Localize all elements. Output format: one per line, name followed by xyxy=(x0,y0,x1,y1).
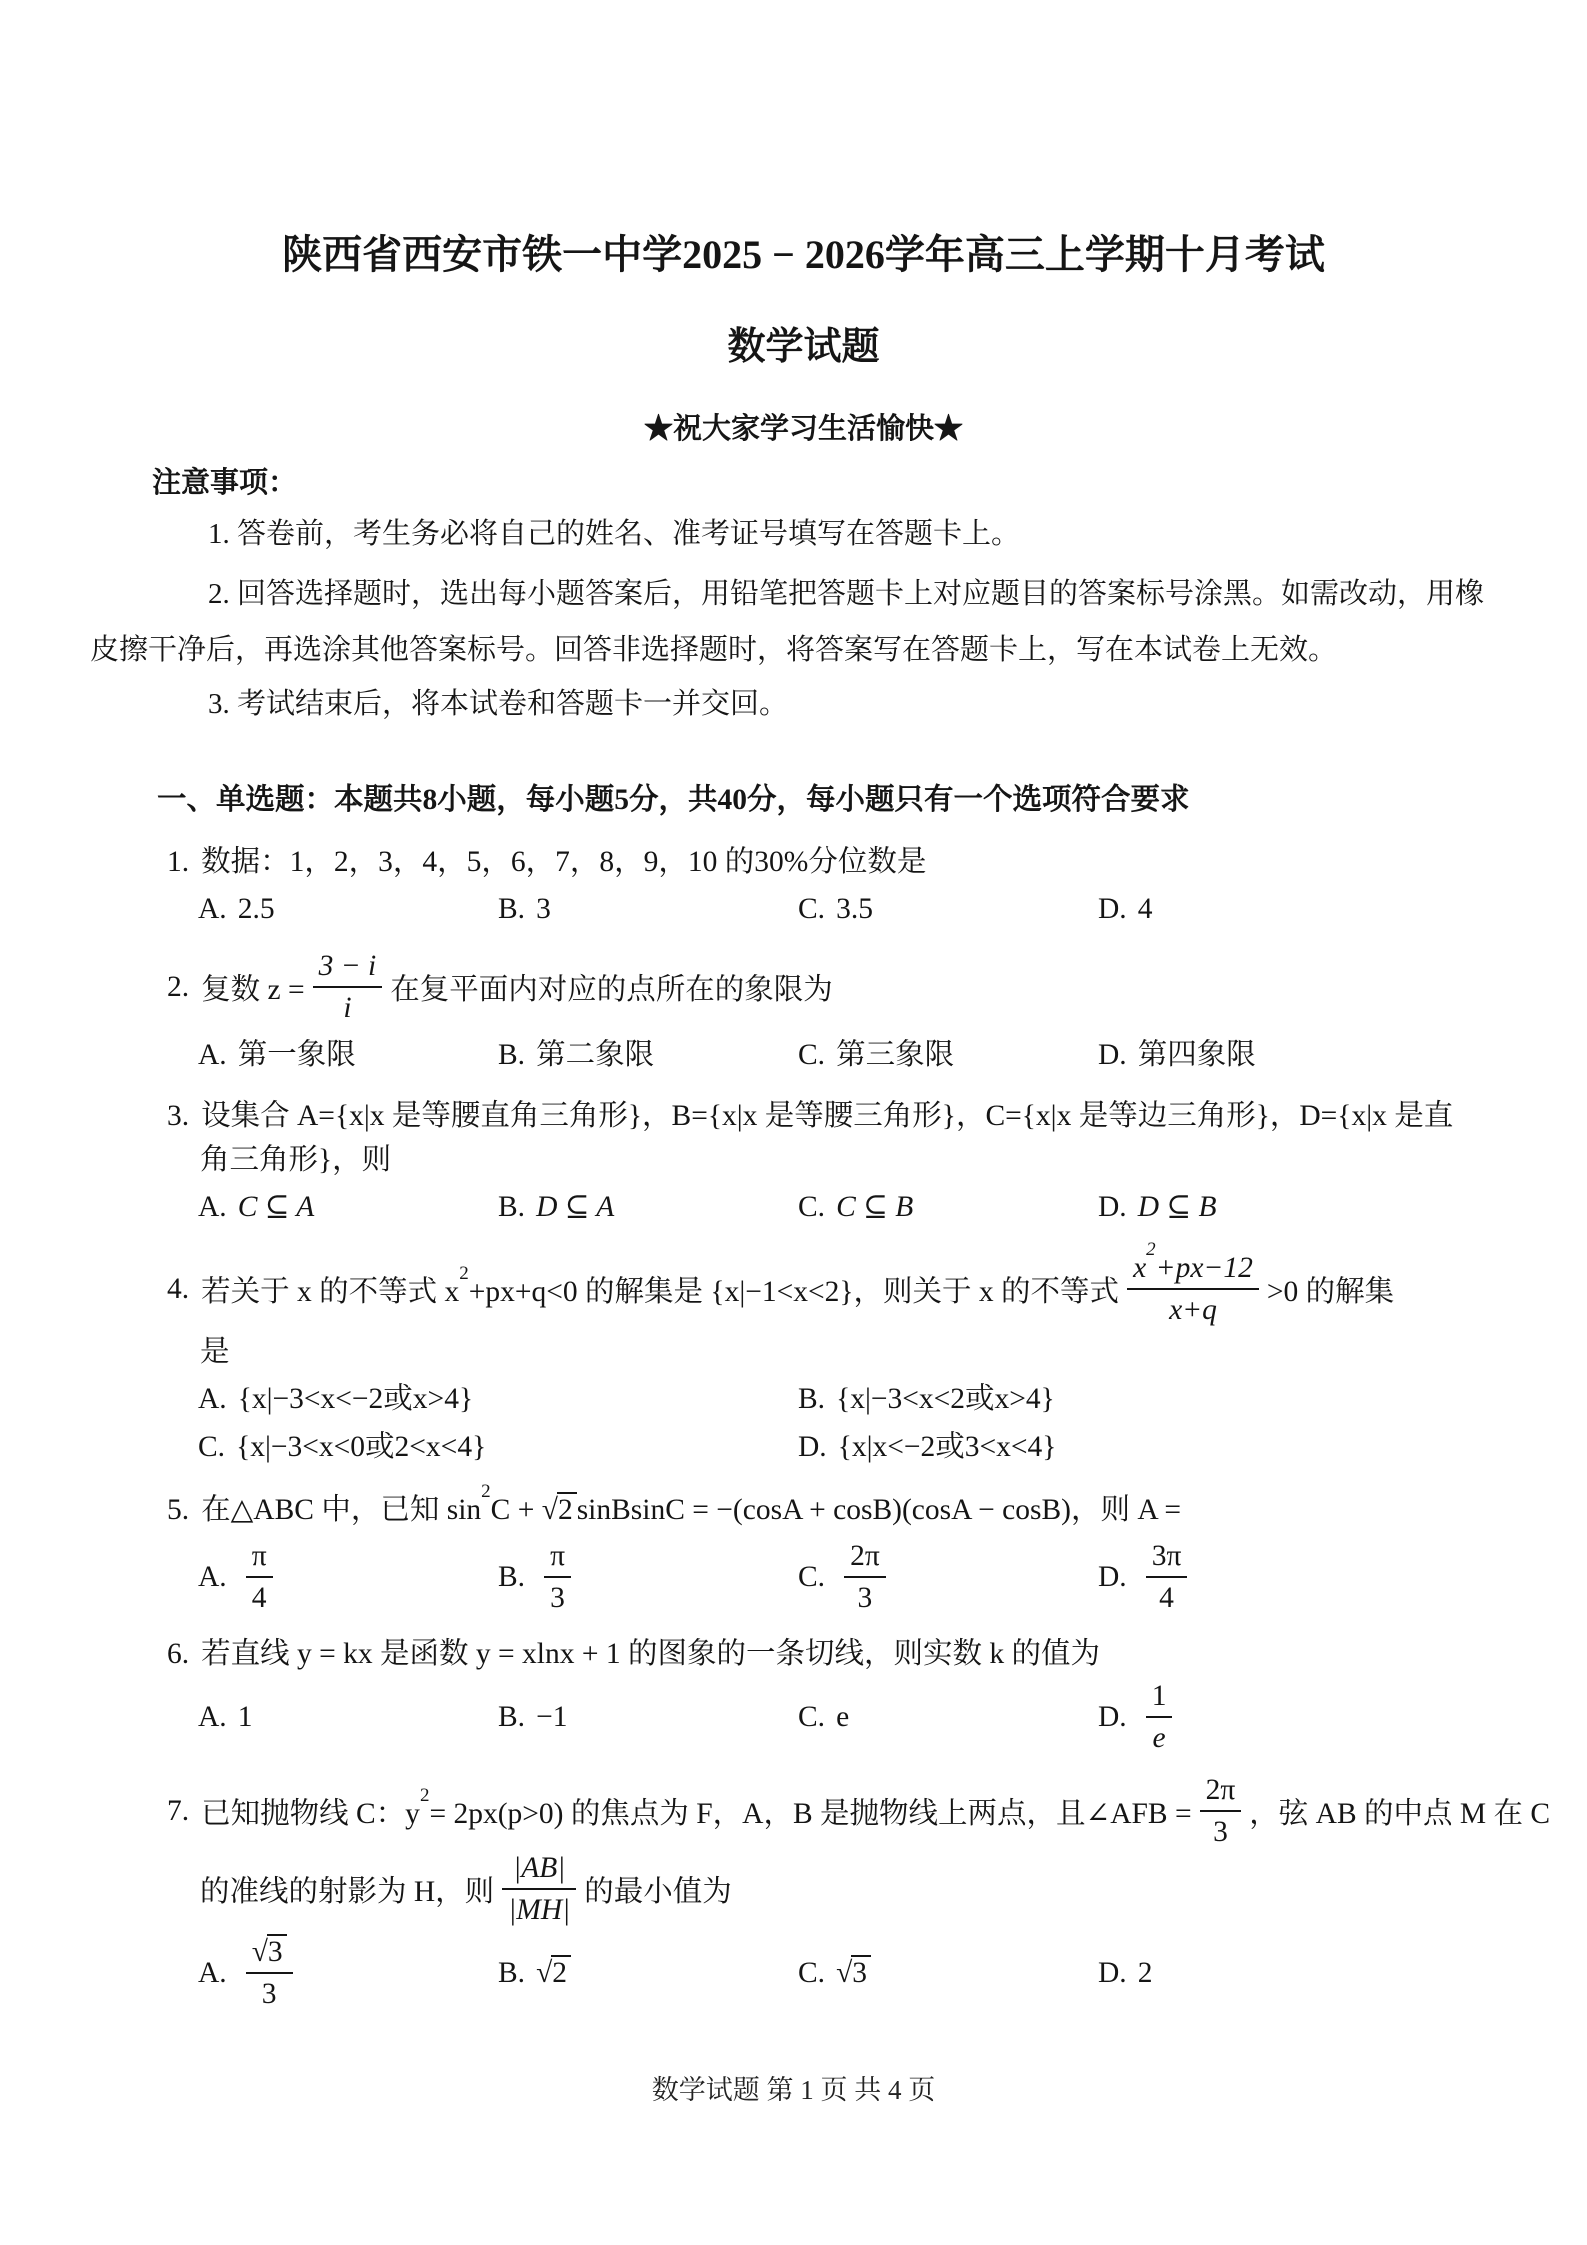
fraction: π4 xyxy=(246,1538,273,1616)
question-5-text: 在△ABC 中，已知 sin2C + √2sinBsinC = −(cosA +… xyxy=(201,1494,1181,1526)
question-4-number: 4. xyxy=(167,1273,201,1306)
option-a-value: 第一象限 xyxy=(238,1032,356,1078)
fraction: x2+px−12x+q xyxy=(1127,1250,1259,1328)
option-b-value: 第二象限 xyxy=(536,1032,654,1078)
motto-line: ★祝大家学习生活愉快★ xyxy=(90,410,1517,448)
option-b-label: B. xyxy=(498,1032,536,1078)
question-3-text-line-1: 设集合 A={x|x 是等腰直角三角形}，B={x|x 是等腰三角形}，C={x… xyxy=(201,1100,1453,1132)
option-a-value: C ⊆ A xyxy=(238,1184,315,1230)
option-a-label: A. xyxy=(198,1694,238,1740)
option-d-label: D. xyxy=(1098,1950,1138,1996)
option-b: B.√2 xyxy=(498,1950,798,1996)
question-7-text-pre: 已知抛物线 C：y2= 2px(p>0) 的焦点为 F，A，B 是抛物线上两点，… xyxy=(201,1790,1192,1832)
option-d-label: D. xyxy=(798,1424,838,1470)
question-2: 2. 复数 z = 3 − ii 在复平面内对应的点所在的象限为 A.第一象限 … xyxy=(90,948,1517,1078)
option-c-value: {x|−3<x<0或2<x<4} xyxy=(236,1424,486,1470)
question-4: 4. 若关于 x 的不等式 x2+px+q<0 的解集是 {x|−1<x<2}，… xyxy=(90,1250,1517,1470)
sqrt-sign: √ xyxy=(536,1957,551,1989)
option-c-label: C. xyxy=(798,1554,836,1600)
option-a: A.1 xyxy=(198,1694,498,1740)
fraction: 3π4 xyxy=(1146,1538,1188,1616)
option-a-label: A. xyxy=(198,1184,238,1230)
question-5-options: A.π4 B.π3 C.2π3 D.3π4 xyxy=(198,1538,1517,1616)
option-a-value: 2.5 xyxy=(238,886,275,932)
option-c-label: C. xyxy=(198,1424,236,1470)
option-b-value: −1 xyxy=(536,1694,567,1740)
question-7: 7. 已知抛物线 C：y2= 2px(p>0) 的焦点为 F，A，B 是抛物线上… xyxy=(90,1772,1517,2012)
question-7-text-post: ，弦 AB 的中点 M 在 C xyxy=(1249,1790,1550,1832)
option-c: C.2π3 xyxy=(798,1538,1098,1616)
option-b-label: B. xyxy=(498,1694,536,1740)
option-b-label: B. xyxy=(798,1376,836,1422)
option-a-label: A. xyxy=(198,1554,238,1600)
option-b: B.−1 xyxy=(498,1694,798,1740)
option-c-value: e xyxy=(836,1694,849,1740)
option-a-value: {x|−3<x<−2或x>4} xyxy=(238,1376,473,1422)
option-d-label: D. xyxy=(1098,1032,1138,1078)
fraction-numerator: x2+px−12 xyxy=(1127,1250,1259,1290)
fraction-numerator: √3 xyxy=(246,1934,293,1974)
fraction: √33 xyxy=(246,1934,293,2012)
fraction: 2π3 xyxy=(844,1538,886,1616)
question-4-continuation: 是 xyxy=(200,1330,1517,1374)
question-5-number: 5. xyxy=(167,1494,201,1526)
fraction: π3 xyxy=(544,1538,571,1616)
fraction-denominator: x+q xyxy=(1127,1290,1259,1328)
option-c-label: C. xyxy=(798,1694,836,1740)
question-6-stem: 6.若直线 y = kx 是函数 y = xlnx + 1 的图象的一条切线，则… xyxy=(200,1632,1517,1676)
option-a-value: 1 xyxy=(238,1694,253,1740)
question-2-number: 2. xyxy=(167,971,201,1004)
question-6-options: A.1 B.−1 C.e D.1e xyxy=(198,1678,1517,1756)
question-7-number: 7. xyxy=(167,1795,201,1828)
sqrt-sign: √ xyxy=(252,1936,267,1968)
option-d: D.2 xyxy=(1098,1950,1398,1996)
notice-item-3: 3. 考试结束后，将本试卷和答题卡一并交回。 xyxy=(90,678,1517,730)
option-a-label: A. xyxy=(198,1376,238,1422)
question-7-line-2-post: 的最小值为 xyxy=(584,1868,732,1910)
superscript: 2 xyxy=(420,1785,430,1806)
question-1-stem: 1.数据：1，2，3，4，5，6，7，8，9，10 的30%分位数是 xyxy=(200,840,1517,884)
option-b-label: B. xyxy=(498,886,536,932)
section-1-heading: 一、单选题：本题共8小题，每小题5分，共40分，每小题只有一个选项符合要求 xyxy=(157,776,1517,824)
option-d-label: D. xyxy=(1098,1554,1138,1600)
option-d-value: D ⊆ B xyxy=(1138,1184,1217,1230)
option-b-label: B. xyxy=(498,1950,536,1996)
notice-item-2-line-2: 皮擦干净后，再选涂其他答案标号。回答非选择题时，将答案写在答题卡上，写在本试卷上… xyxy=(90,622,1517,678)
question-4-text-pre: 若关于 x 的不等式 x2+px+q<0 的解集是 {x|−1<x<2}，则关于… xyxy=(201,1268,1119,1310)
question-7-line-2-pre: 的准线的射影为 H，则 xyxy=(200,1868,494,1910)
option-a: A.√33 xyxy=(198,1934,498,2012)
page-footer: 数学试题 第 1 页 共 4 页 xyxy=(0,2068,1587,2107)
question-4-text-post: >0 的解集 xyxy=(1267,1268,1394,1310)
question-4-options-row-1: A.{x|−3<x<−2或x>4} B.{x|−3<x<2或x>4} xyxy=(198,1376,1517,1422)
option-d-label: D. xyxy=(1098,1694,1138,1740)
sqrt-sign: √ xyxy=(836,1957,851,1989)
option-d-value: 2 xyxy=(1138,1950,1153,1996)
question-4-options-row-2: C.{x|−3<x<0或2<x<4} D.{x|x<−2或3<x<4} xyxy=(198,1424,1517,1470)
question-3-text-line-2: 角三角形}，则 xyxy=(200,1144,391,1176)
option-b: B.{x|−3<x<2或x>4} xyxy=(798,1376,1398,1422)
question-7-stem-line-1: 7. 已知抛物线 C：y2= 2px(p>0) 的焦点为 F，A，B 是抛物线上… xyxy=(167,1772,1517,1850)
option-d: D.1e xyxy=(1098,1678,1398,1756)
option-c-label: C. xyxy=(798,1032,836,1078)
question-3-stem: 3.设集合 A={x|x 是等腰直角三角形}，B={x|x 是等腰三角形}，C=… xyxy=(200,1094,1517,1182)
option-a-label: A. xyxy=(198,1032,238,1078)
question-1: 1.数据：1，2，3，4，5，6，7，8，9，10 的30%分位数是 A.2.5… xyxy=(90,840,1517,932)
question-2-stem: 2. 复数 z = 3 − ii 在复平面内对应的点所在的象限为 xyxy=(167,948,1517,1026)
notice-section: 注意事项： 1. 答卷前，考生务必将自己的姓名、准考证号填写在答题卡上。 2. … xyxy=(90,460,1517,730)
fraction: 3 − ii xyxy=(313,948,383,1026)
option-a-label: A. xyxy=(198,886,238,932)
option-c-value: 3.5 xyxy=(836,886,873,932)
option-d-value: 第四象限 xyxy=(1138,1032,1256,1078)
question-2-text-pre: 复数 z = xyxy=(201,966,304,1008)
option-d: D.D ⊆ B xyxy=(1098,1184,1398,1230)
option-b-value: {x|−3<x<2或x>4} xyxy=(836,1376,1055,1422)
fraction: 1e xyxy=(1146,1678,1173,1756)
option-c-value: C ⊆ B xyxy=(836,1184,913,1230)
question-1-number: 1. xyxy=(167,846,201,878)
question-5-stem: 5.在△ABC 中，已知 sin2C + √2sinBsinC = −(cosA… xyxy=(200,1488,1517,1532)
option-c-label: C. xyxy=(798,1184,836,1230)
question-2-options: A.第一象限 B.第二象限 C.第三象限 D.第四象限 xyxy=(198,1032,1517,1078)
exam-subtitle: 数学试题 xyxy=(90,322,1517,372)
fraction-denominator: i xyxy=(313,988,383,1026)
exam-page: 陕西省西安市铁一中学2025 − 2026学年高三上学期十月考试 数学试题 ★祝… xyxy=(0,0,1587,2245)
question-6-text: 若直线 y = kx 是函数 y = xlnx + 1 的图象的一条切线，则实数… xyxy=(201,1638,1100,1670)
option-b-label: B. xyxy=(498,1184,536,1230)
option-d-label: D. xyxy=(1098,886,1138,932)
sqrt-sign: √ xyxy=(542,1494,557,1526)
question-7-stem-line-2: 的准线的射影为 H，则 |AB||MH| 的最小值为 xyxy=(200,1850,1517,1928)
question-4-stem: 4. 若关于 x 的不等式 x2+px+q<0 的解集是 {x|−1<x<2}，… xyxy=(167,1250,1517,1328)
question-1-text: 数据：1，2，3，4，5，6，7，8，9，10 的30%分位数是 xyxy=(201,846,926,878)
option-a: A.第一象限 xyxy=(198,1032,498,1078)
notice-heading: 注意事项： xyxy=(152,460,1517,506)
option-c: C.第三象限 xyxy=(798,1032,1098,1078)
question-6: 6.若直线 y = kx 是函数 y = xlnx + 1 的图象的一条切线，则… xyxy=(90,1632,1517,1756)
option-b: B.3 xyxy=(498,886,798,932)
option-b: B.D ⊆ A xyxy=(498,1184,798,1230)
option-b-label: B. xyxy=(498,1554,536,1600)
option-d: D.3π4 xyxy=(1098,1538,1398,1616)
option-a: A.2.5 xyxy=(198,886,498,932)
option-c: C.3.5 xyxy=(798,886,1098,932)
question-2-text-post: 在复平面内对应的点所在的象限为 xyxy=(390,966,833,1008)
option-a-label: A. xyxy=(198,1950,238,1996)
option-a: A.π4 xyxy=(198,1538,498,1616)
sqrt-expression: √2 xyxy=(536,1950,571,1996)
option-c-label: C. xyxy=(798,1950,836,1996)
option-c-value: 第三象限 xyxy=(836,1032,954,1078)
option-b: B.π3 xyxy=(498,1538,798,1616)
question-3-number: 3. xyxy=(167,1100,201,1132)
sqrt-expression: √3 xyxy=(252,1934,287,1968)
question-5: 5.在△ABC 中，已知 sin2C + √2sinBsinC = −(cosA… xyxy=(90,1488,1517,1616)
option-b: B.第二象限 xyxy=(498,1032,798,1078)
option-a: A.C ⊆ A xyxy=(198,1184,498,1230)
option-a: A.{x|−3<x<−2或x>4} xyxy=(198,1376,798,1422)
exam-content: 陕西省西安市铁一中学2025 − 2026学年高三上学期十月考试 数学试题 ★祝… xyxy=(0,230,1587,2012)
question-1-options: A.2.5 B.3 C.3.5 D.4 xyxy=(198,886,1517,932)
superscript: 2 xyxy=(459,1263,469,1284)
option-b-value: 3 xyxy=(536,886,551,932)
option-d-label: D. xyxy=(1098,1184,1138,1230)
option-c: C.C ⊆ B xyxy=(798,1184,1098,1230)
option-c: C.{x|−3<x<0或2<x<4} xyxy=(198,1424,798,1470)
option-d: D.4 xyxy=(1098,886,1398,932)
option-c-label: C. xyxy=(798,886,836,932)
option-d-value: 4 xyxy=(1138,886,1153,932)
sqrt-expression: √3 xyxy=(836,1950,871,1996)
question-7-options: A.√33 B.√2 C.√3 D.2 xyxy=(198,1934,1517,2012)
notice-item-1: 1. 答卷前，考生务必将自己的姓名、准考证号填写在答题卡上。 xyxy=(90,508,1517,560)
exam-title: 陕西省西安市铁一中学2025 − 2026学年高三上学期十月考试 xyxy=(90,230,1517,280)
superscript: 2 xyxy=(1146,1239,1156,1260)
sqrt-expression: √2 xyxy=(542,1492,577,1526)
option-b-value: D ⊆ A xyxy=(536,1184,614,1230)
question-6-number: 6. xyxy=(167,1638,201,1670)
question-3-options: A.C ⊆ A B.D ⊆ A C.C ⊆ B D.D ⊆ B xyxy=(198,1184,1517,1230)
notice-item-2-line-1: 2. 回答选择题时，选出每小题答案后，用铅笔把答题卡上对应题目的答案标号涂黑。如… xyxy=(90,566,1517,622)
fraction: |AB||MH| xyxy=(502,1850,576,1928)
option-c: C.√3 xyxy=(798,1950,1098,1996)
fraction-numerator: 3 − i xyxy=(313,948,383,988)
option-d: D.{x|x<−2或3<x<4} xyxy=(798,1424,1398,1470)
option-d-value: {x|x<−2或3<x<4} xyxy=(838,1424,1057,1470)
option-d: D.第四象限 xyxy=(1098,1032,1398,1078)
fraction: 2π3 xyxy=(1200,1772,1242,1850)
superscript: 2 xyxy=(481,1481,491,1502)
option-c: C.e xyxy=(798,1694,1098,1740)
question-3: 3.设集合 A={x|x 是等腰直角三角形}，B={x|x 是等腰三角形}，C=… xyxy=(90,1094,1517,1230)
